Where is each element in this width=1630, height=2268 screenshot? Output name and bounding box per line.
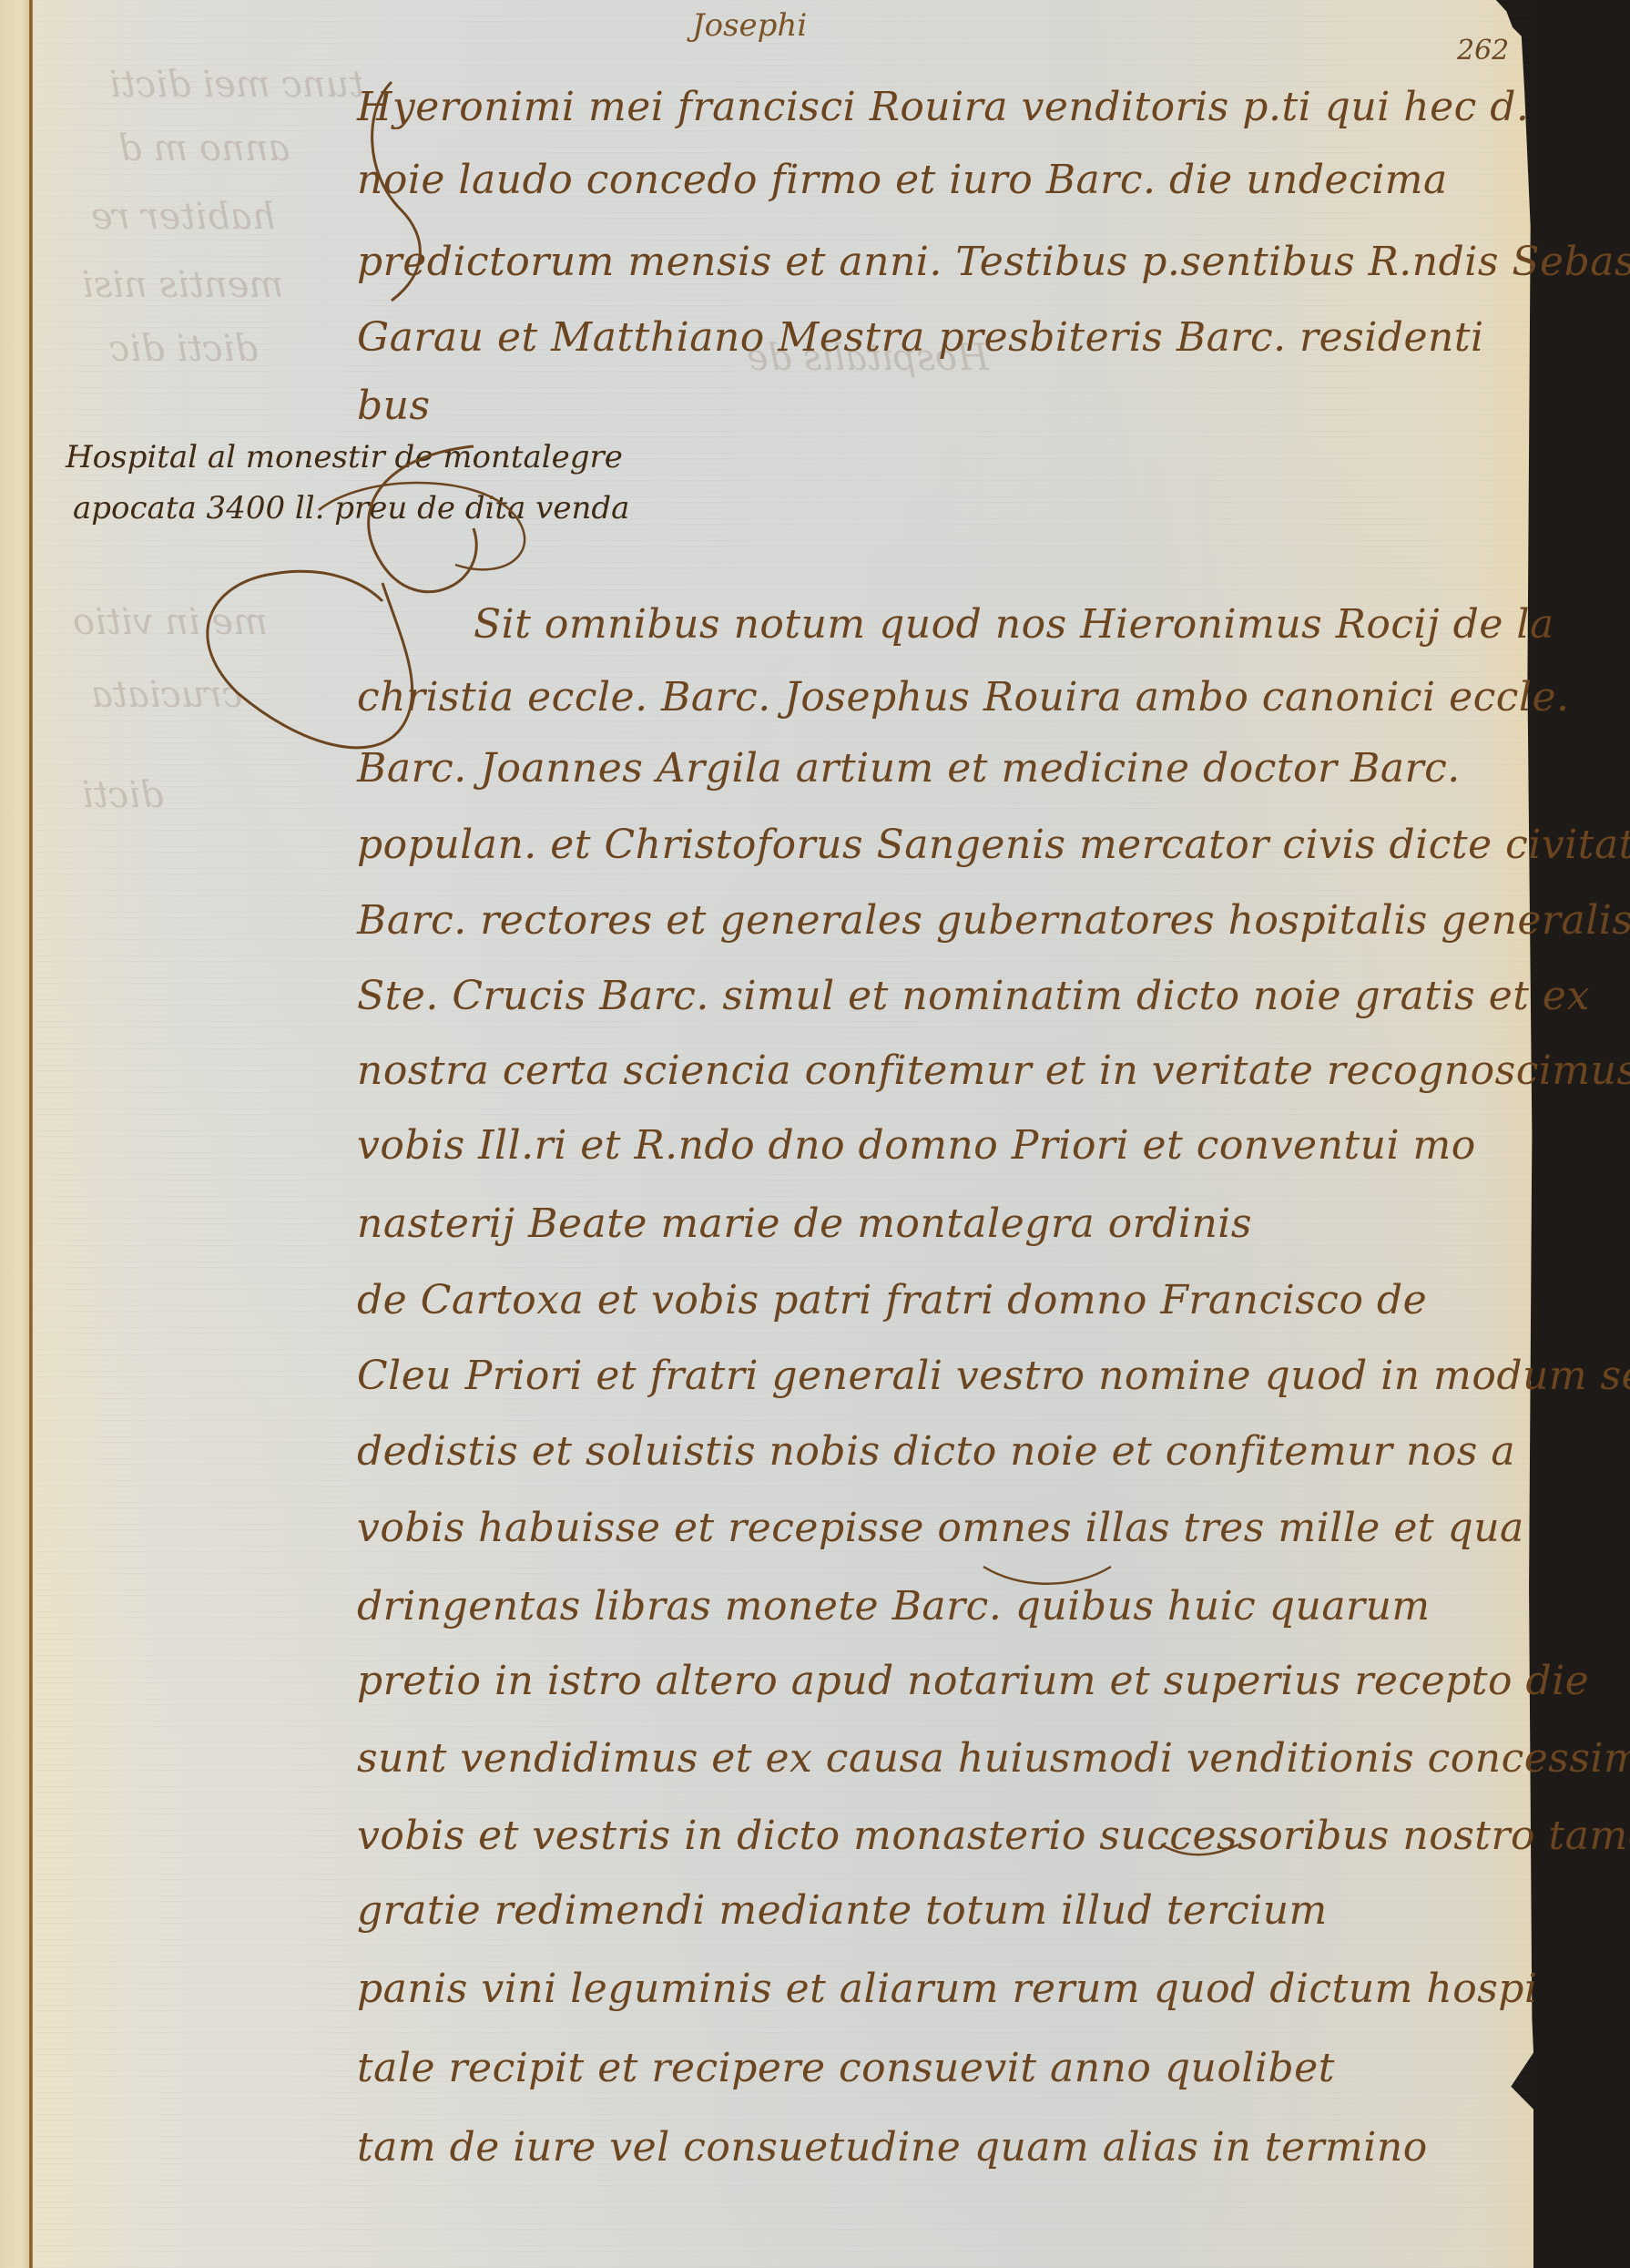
margin-note-line-1: Hospital al monestir de montalegre [66, 439, 623, 475]
binding-gutter [29, 0, 33, 2268]
text-line: panis vini leguminis et aliarum rerum qu… [357, 1966, 1538, 2012]
text-line: vobis Ill.ri et R.ndo dno domno Priori e… [357, 1122, 1476, 1169]
text-line: vobis et vestris in dicto monasterio suc… [357, 1813, 1630, 1859]
text-line: Sit omnibus notum quod nos Hieronimus Ro… [474, 601, 1554, 648]
text-line: Garau et Matthiano Mestra presbiteris Ba… [357, 314, 1484, 361]
text-line: noie laudo concedo firmo et iuro Barc. d… [357, 157, 1448, 203]
bleed-through-text: cruciata [91, 674, 242, 716]
text-line: Barc. rectores et generales gubernatores… [357, 897, 1630, 944]
text-line: nostra certa sciencia confitemur et in v… [357, 1047, 1630, 1094]
text-line: bus [357, 383, 431, 429]
folio-number: 262 [1457, 35, 1509, 66]
bleed-through-text: dicti [82, 774, 164, 816]
bleed-through-text: habiter re [91, 196, 275, 238]
bleed-through-text: tunc mei dicti [109, 64, 364, 106]
bleed-through-text: anno m d [118, 128, 290, 169]
text-line: dringentas libras monete Barc. quibus hu… [357, 1583, 1431, 1629]
text-line: tale recipit et recipere consuevit anno … [357, 2045, 1335, 2091]
text-line: dedistis et soluistis nobis dicto noie e… [357, 1428, 1515, 1475]
bleed-through-text: mentis nisi [82, 264, 283, 306]
bleed-through-text: me in vitio [73, 601, 268, 643]
text-line: vobis habuisse et recepisse omnes illas … [357, 1505, 1524, 1551]
text-line: Hyeronimi mei francisci Rouira venditori… [357, 84, 1529, 130]
previous-leaf-edge [0, 0, 31, 2268]
text-line: predictorum mensis et anni. Testibus p.s… [357, 239, 1630, 285]
text-line: populan. et Christoforus Sangenis mercat… [357, 822, 1630, 868]
text-line: christia eccle. Barc. Josephus Rouira am… [357, 674, 1570, 720]
text-line: de Cartoxa et vobis patri fratri domno F… [357, 1277, 1427, 1323]
text-line: pretio in istro altero apud notarium et … [357, 1658, 1589, 1704]
text-line: tam de iure vel consuetudine quam alias … [357, 2124, 1428, 2171]
text-line: nasterij Beate marie de montalegra ordin… [357, 1200, 1252, 1247]
catchword: Josephi [692, 7, 807, 44]
text-line: sunt vendidimus et ex causa huiusmodi ve… [357, 1735, 1630, 1782]
text-line: Barc. Joannes Argila artium et medicine … [357, 745, 1461, 792]
text-line: gratie redimendi mediante totum illud te… [357, 1887, 1328, 1934]
bleed-through-text: dicti dic [109, 328, 258, 370]
text-line: Cleu Priori et fratri generali vestro no… [357, 1353, 1630, 1399]
margin-note-line-2: apocata 3400 ll. preu de dita venda [73, 490, 629, 526]
text-line: Ste. Crucis Barc. simul et nominatim dic… [357, 973, 1590, 1019]
